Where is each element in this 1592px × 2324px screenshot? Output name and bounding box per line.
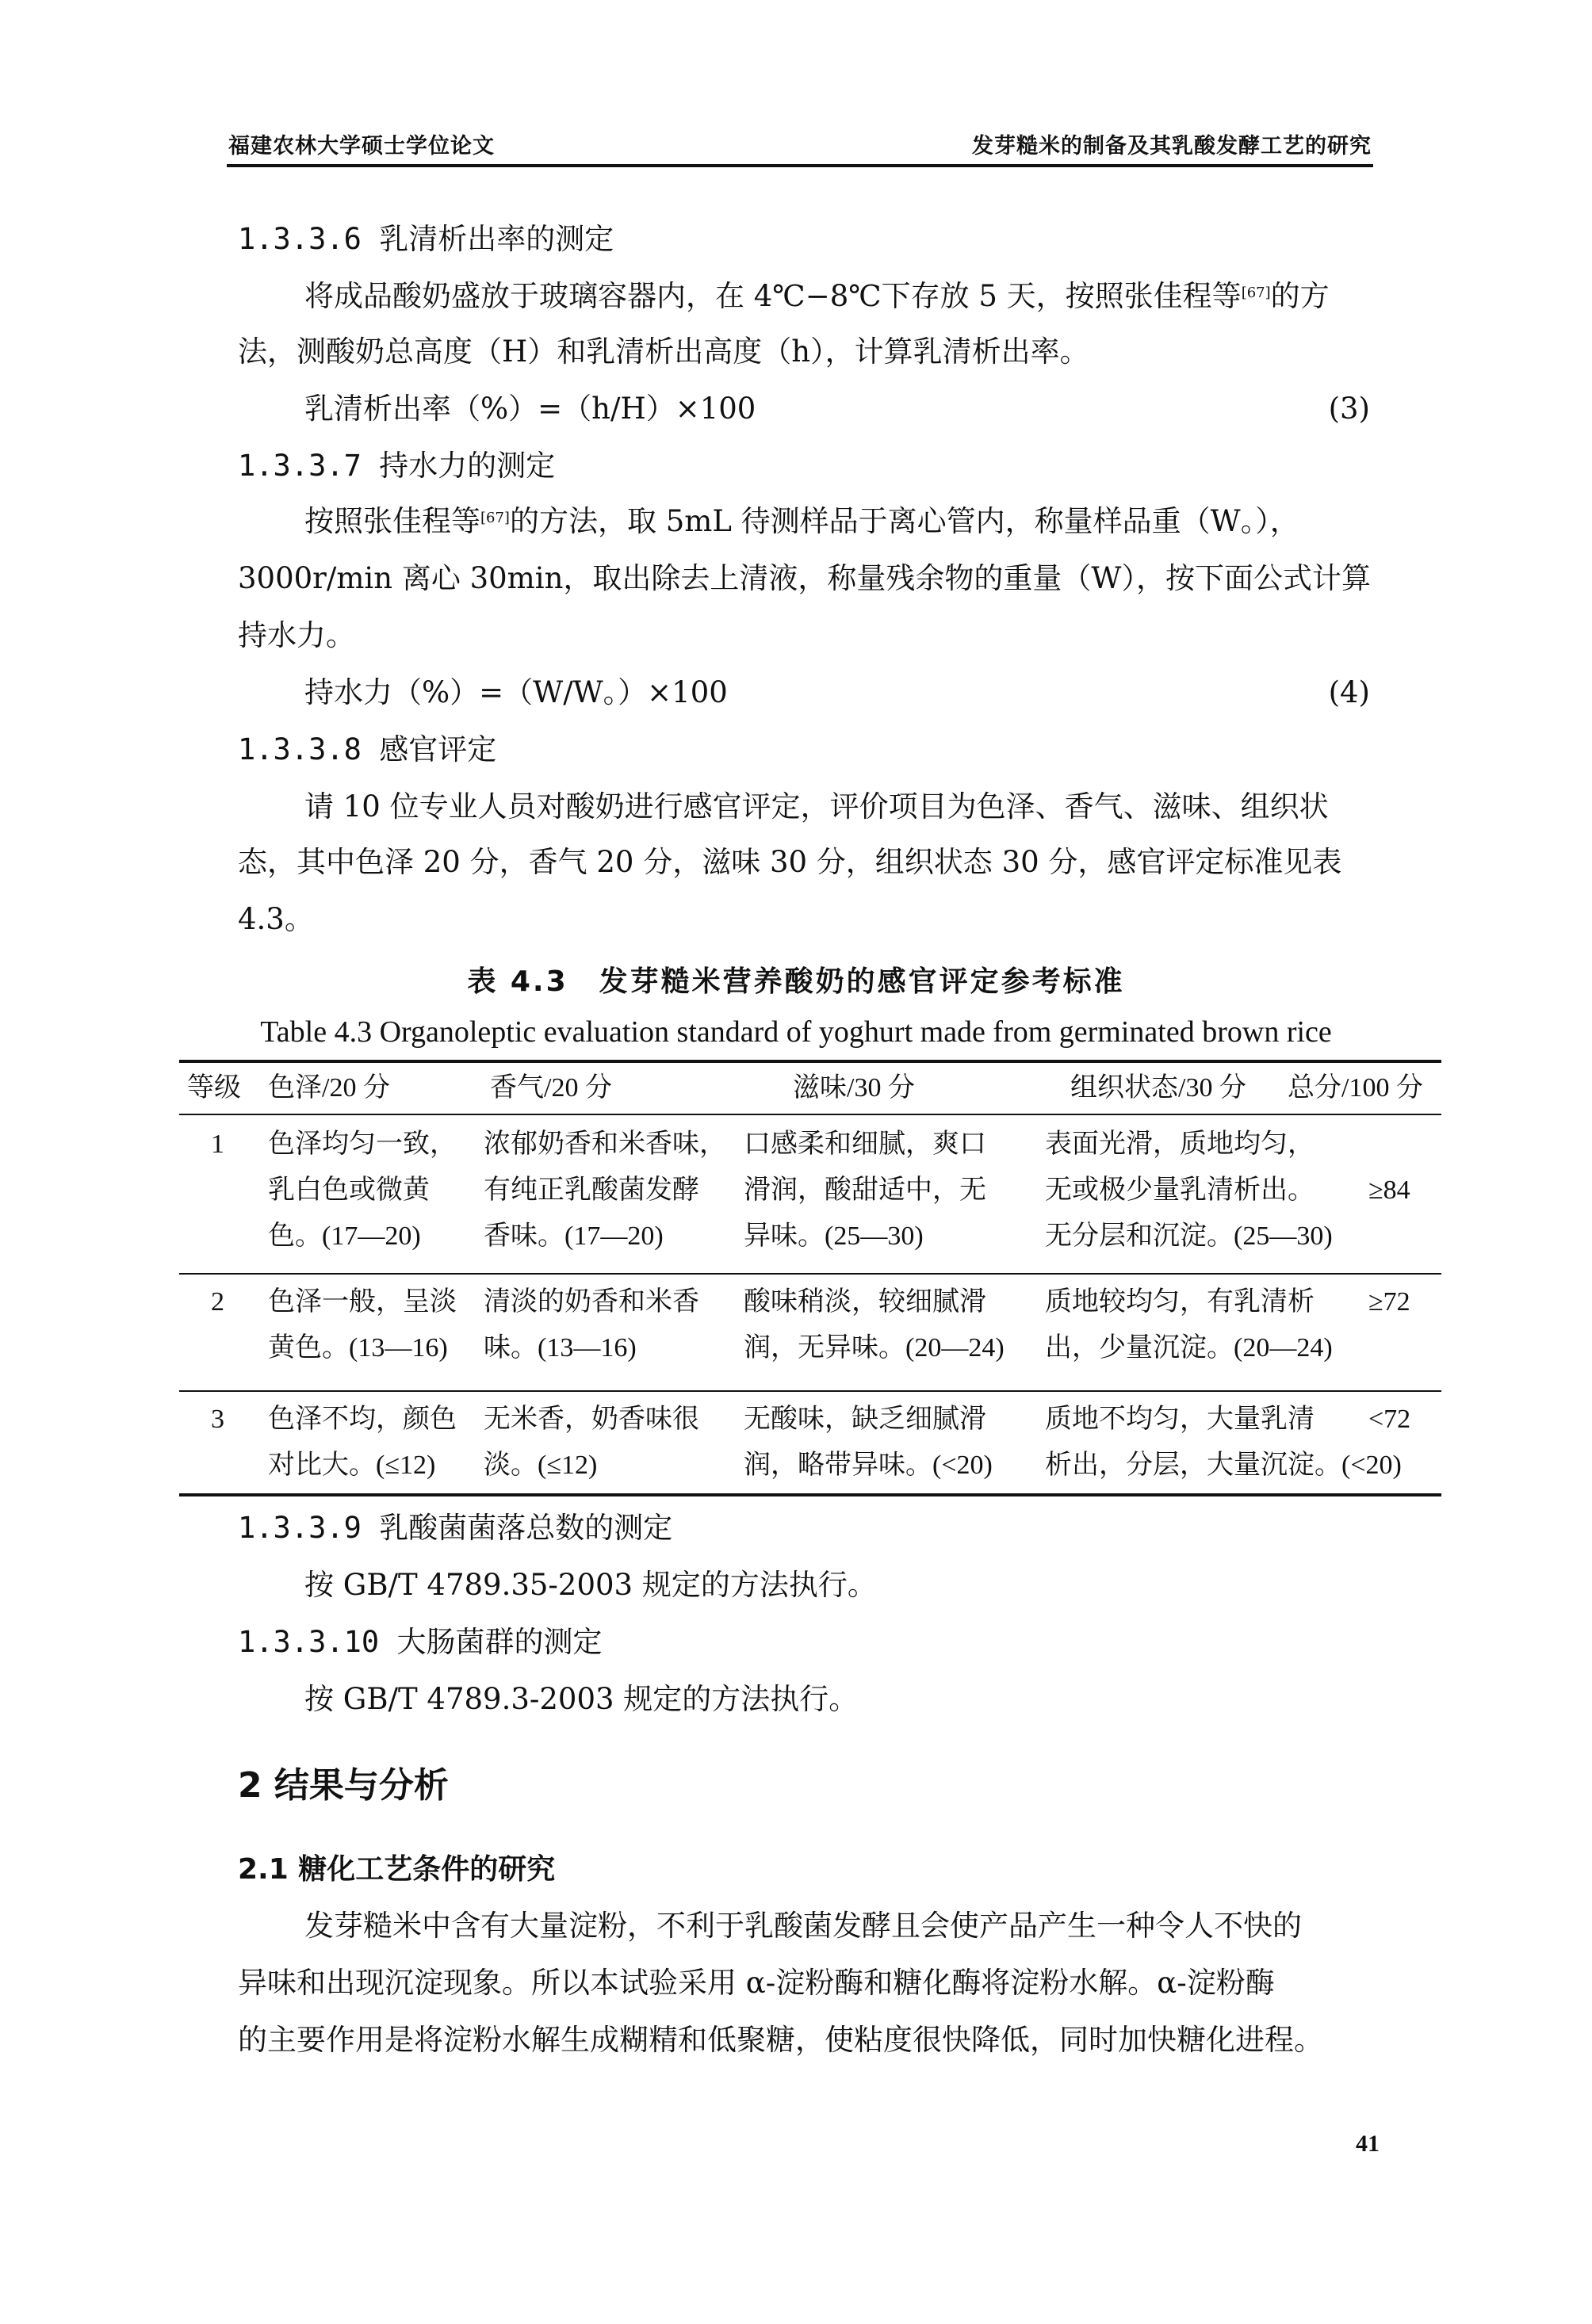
table-cell-aroma: 浓郁奶香和米香味， 有纯正乳酸菌发酵 香味。(17—20): [484, 1122, 726, 1259]
table-cell-aroma: 清淡的奶香和米香 味。(13—16): [484, 1279, 699, 1371]
paragraph-1337-line2: 3000r/min 离心 30min，取出除去上清液，称量残余物的重量（W），按…: [238, 561, 1371, 596]
paragraph-1339: 按 GB/T 4789.35-2003 规定的方法执行。: [304, 1568, 877, 1603]
table-row-divider-1: [179, 1273, 1441, 1275]
header-rule: [227, 164, 1373, 167]
table-cell-taste: 口感柔和细腻，爽口 滑润，酸甜适中，无 异味。(25—30): [744, 1122, 986, 1259]
paragraph-1338-line2: 态，其中色泽 20 分，香气 20 分，滋味 30 分，组织状态 30 分，感官…: [238, 845, 1341, 880]
chapter-heading-2: 2 结果与分析: [238, 1756, 449, 1807]
table-top-rule: [179, 1060, 1441, 1063]
table-cell-texture: 质地较均匀，有乳清析 出，少量沉淀。(20—24): [1045, 1279, 1333, 1371]
equation-number-3: (3): [1329, 392, 1370, 426]
table-cell-total: ≥84: [1368, 1168, 1410, 1214]
table-cell-color: 色泽一般，呈淡 黄色。(13—16): [268, 1279, 457, 1371]
section-heading-1337: 1.3.3.7 持水力的测定: [238, 449, 555, 484]
table-cell-aroma: 无米香，奶香味很 淡。(≤12): [484, 1397, 699, 1489]
table-row-divider-2: [179, 1390, 1441, 1392]
table-cell-total: ≥72: [1368, 1279, 1410, 1325]
paragraph-21-line1: 发芽糙米中含有大量淀粉，不利于乳酸菌发酵且会使产品产生一种令人不快的: [304, 1909, 1302, 1944]
table-bottom-rule: [179, 1493, 1441, 1496]
table-cell-color: 色泽均匀一致， 乳白色或微黄 色。(17—20): [268, 1122, 457, 1259]
paper-page: 福建农林大学硕士学位论文 发芽糙米的制备及其乳酸发酵工艺的研究 1.3.3.6 …: [0, 0, 1592, 2324]
paragraph-1336-line1: 将成品酸奶盛放于玻璃容器内，在 4℃−8℃下存放 5 天，按照张佳程等[67]的…: [304, 279, 1330, 314]
text: 按照张佳程等: [304, 504, 480, 538]
section-heading-1339: 1.3.3.9 乳酸菌菌落总数的测定: [238, 1511, 672, 1546]
section-heading-1338: 1.3.3.8 感官评定: [238, 732, 496, 767]
table-cell-grade: 2: [211, 1279, 224, 1325]
equation-number-4: (4): [1329, 675, 1370, 710]
table-cell-total: <72: [1368, 1397, 1410, 1443]
table-caption-en: Table 4.3 Organoleptic evaluation standa…: [0, 1015, 1592, 1049]
page-number: 41: [1356, 2131, 1380, 2158]
text: 将成品酸奶盛放于玻璃容器内，在 4℃−8℃下存放 5 天，按照张佳程等: [304, 279, 1242, 313]
table-cell-texture: 表面光滑，质地均匀， 无或极少量乳清析出。 无分层和沉淀。(25—30): [1045, 1122, 1333, 1259]
text: 的方: [1271, 279, 1330, 313]
paragraph-1337-line3: 持水力。: [238, 618, 355, 653]
table-cell-texture: 质地不均匀，大量乳清 析出，分层，大量沉淀。(<20): [1045, 1397, 1402, 1489]
citation-ref: [67]: [1242, 285, 1271, 301]
running-header-left: 福建农林大学硕士学位论文: [228, 128, 495, 159]
paragraph-21-line3: 的主要作用是将淀粉水解生成糊精和低聚糖，使粘度很快降低，同时加快糖化进程。: [238, 2023, 1323, 2058]
paragraph-21-line2: 异味和出现沉淀现象。所以本试验采用 α-淀粉酶和糖化酶将淀粉水解。α-淀粉酶: [238, 1966, 1275, 2001]
running-header-right: 发芽糙米的制备及其乳酸发酵工艺的研究: [972, 128, 1372, 159]
formula-water-holding: 持水力（%）=（W/W。）×100: [304, 675, 728, 710]
table-caption-cn: 表 4.3 发芽糙米营养酸奶的感官评定参考标准: [0, 959, 1592, 1000]
paragraph-13310: 按 GB/T 4789.3-2003 规定的方法执行。: [304, 1682, 858, 1717]
formula-whey-syneresis: 乳清析出率（%）=（h/H）×100: [304, 392, 756, 426]
citation-ref: [67]: [480, 510, 510, 526]
paragraph-1336-line2: 法，测酸奶总高度（H）和乳清析出高度（h），计算乳清析出率。: [238, 334, 1089, 369]
table-header-aroma: 香气/20 分: [490, 1069, 612, 1107]
table-header-grade: 等级: [187, 1069, 241, 1107]
table-cell-color: 色泽不均，颜色 对比大。(≤12): [268, 1397, 457, 1489]
table-cell-taste: 酸味稍淡，较细腻滑 润，无异味。(20—24): [744, 1279, 1005, 1371]
table-header-total: 总分/100 分: [1288, 1069, 1423, 1107]
section-heading-21: 2.1 糖化工艺条件的研究: [238, 1847, 555, 1887]
table-header-rule: [179, 1114, 1441, 1115]
paragraph-1338-line3: 4.3。: [238, 902, 314, 937]
section-heading-1336: 1.3.3.6 乳清析出率的测定: [238, 222, 614, 257]
table-header-color: 色泽/20 分: [268, 1069, 390, 1107]
table-cell-grade: 1: [211, 1122, 224, 1168]
section-heading-13310: 1.3.3.10 大肠菌群的测定: [238, 1625, 602, 1660]
table-header-taste: 滋味/30 分: [793, 1069, 915, 1107]
table-header-texture: 组织状态/30 分: [1070, 1069, 1246, 1107]
paragraph-1338-line1: 请 10 位专业人员对酸奶进行感官评定，评价项目为色泽、香气、滋味、组织状: [304, 789, 1329, 824]
table-cell-grade: 3: [211, 1397, 224, 1443]
table-cell-taste: 无酸味，缺乏细腻滑 润，略带异味。(<20): [744, 1397, 993, 1489]
text: 的方法，取 5mL 待测样品于离心管内，称量样品重（W。），: [510, 504, 1299, 538]
paragraph-1337-line1: 按照张佳程等[67]的方法，取 5mL 待测样品于离心管内，称量样品重（W。），: [304, 504, 1299, 539]
